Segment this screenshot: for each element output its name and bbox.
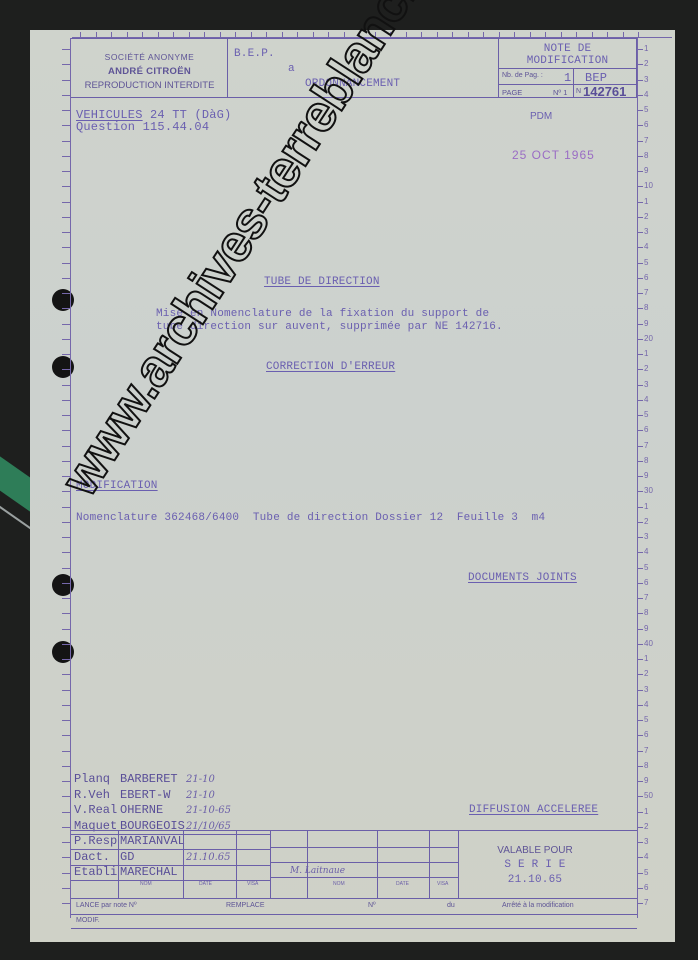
- ruler-tick: [637, 141, 643, 142]
- footer-du: du: [447, 902, 455, 909]
- ruler-tick: [637, 659, 643, 660]
- ruler-tick: [62, 522, 70, 523]
- ruler-tick: [62, 735, 70, 736]
- ruler-tick: [62, 415, 70, 416]
- ruler-tick: [638, 32, 639, 37]
- ruler-tick: [189, 32, 190, 37]
- ruler-tick: [637, 385, 643, 386]
- ruler-number: 4: [644, 852, 648, 861]
- ruler-tick: [127, 32, 128, 37]
- ruler-tick: [637, 171, 643, 172]
- ruler-number: 9: [644, 166, 648, 175]
- ruler-number: 1: [644, 502, 648, 511]
- validity-line2: S E R I E: [460, 859, 610, 871]
- ruler-tick: [62, 827, 70, 828]
- col-nom-2: NOM: [333, 881, 345, 887]
- ruler-tick: [514, 32, 515, 37]
- ruler-tick: [637, 522, 643, 523]
- ruler-tick: [637, 110, 643, 111]
- company-line3: REPRODUCTION INTERDITE: [71, 80, 228, 91]
- ruler-number: 6: [644, 120, 648, 129]
- ruler-tick: [62, 141, 70, 142]
- signature-name: EBERT-W: [120, 788, 186, 802]
- handwritten-name: M. Laitnaue: [290, 866, 345, 876]
- ruler-tick: [637, 95, 643, 96]
- signature-row: R.VehEBERT-W21-10: [74, 788, 215, 802]
- pdm-label: PDM: [530, 111, 552, 122]
- ruler-tick: [637, 812, 643, 813]
- ruler-tick: [637, 613, 643, 614]
- ruler-number: 6: [644, 730, 648, 739]
- col-visa-2: VISA: [437, 881, 448, 887]
- ruler-tick: [637, 64, 643, 65]
- ruler-tick: [313, 32, 314, 37]
- signature-name: GD: [120, 850, 186, 864]
- modification-detail: Nomenclature 362468/6400 Tube de directi…: [76, 512, 545, 524]
- ruler-tick: [80, 32, 81, 37]
- ruler-number: 5: [644, 105, 648, 114]
- ruler-tick: [204, 32, 205, 37]
- signature-role: Etabli: [74, 865, 120, 879]
- ruler-tick: [62, 842, 70, 843]
- col-date-2: DATE: [396, 881, 409, 887]
- ruler-tick: [637, 369, 643, 370]
- ruler-tick: [62, 369, 70, 370]
- ruler-number: 2: [644, 517, 648, 526]
- ruler-number: 6: [644, 883, 648, 892]
- ruler-tick: [637, 796, 643, 797]
- ruler-tick: [637, 430, 643, 431]
- ruler-tick: [142, 32, 143, 37]
- ruler-number: 50: [644, 791, 653, 800]
- ruler-number: 4: [644, 90, 648, 99]
- signature-date: 21-10: [186, 774, 215, 785]
- signature-role: P.Resp: [74, 834, 120, 848]
- ruler-number: 5: [644, 563, 648, 572]
- ruler-number: 3: [644, 75, 648, 84]
- ruler-tick: [637, 461, 643, 462]
- ruler-tick: [96, 32, 97, 37]
- ruler-tick: [637, 202, 643, 203]
- ruler-tick: [62, 217, 70, 218]
- ruler-number: 1: [644, 349, 648, 358]
- ruler-tick: [421, 32, 422, 37]
- ruler-tick: [576, 32, 577, 37]
- ruler-tick: [62, 247, 70, 248]
- ruler-tick: [530, 32, 531, 37]
- ruler-number: 7: [644, 593, 648, 602]
- ruler-tick: [251, 32, 252, 37]
- ruler-tick: [637, 598, 643, 599]
- signature-role: Dact.: [74, 850, 120, 864]
- ruler-number: 2: [644, 364, 648, 373]
- ruler-number: 7: [644, 441, 648, 450]
- ruler-tick: [637, 156, 643, 157]
- ruler-tick: [637, 537, 643, 538]
- ruler-tick: [452, 32, 453, 37]
- ruler-tick: [62, 49, 70, 50]
- doc-type-line2: MODIFICATION: [498, 55, 637, 67]
- ruler-number: 7: [644, 898, 648, 907]
- ruler-tick: [282, 32, 283, 37]
- ruler-tick: [62, 125, 70, 126]
- ruler-tick: [637, 247, 643, 248]
- signature-row: V.RealOHERNE21-10-65: [74, 803, 231, 817]
- ruler-number: 20: [644, 334, 653, 343]
- ruler-number: 9: [644, 624, 648, 633]
- ruler-tick: [62, 873, 70, 874]
- ruler-tick: [637, 217, 643, 218]
- ruler-tick: [62, 491, 70, 492]
- ruler-number: 10: [644, 181, 653, 190]
- ruler-number: 5: [644, 410, 648, 419]
- ruler-number: 5: [644, 258, 648, 267]
- diffusion-label: DIFFUSION ACCELEREE: [469, 804, 598, 816]
- ruler-number: 1: [644, 807, 648, 816]
- ruler-number: 3: [644, 380, 648, 389]
- validity-line1: VALABLE POUR: [460, 845, 610, 856]
- ruler-tick: [62, 629, 70, 630]
- col-nom: NOM: [140, 881, 152, 887]
- ruler-tick: [62, 339, 70, 340]
- ruler-tick: [637, 903, 643, 904]
- validity-date: 21.10.65: [460, 874, 610, 886]
- ruler-tick: [62, 812, 70, 813]
- ruler-tick: [62, 644, 70, 645]
- ruler-tick: [62, 186, 70, 187]
- ruler-tick: [62, 613, 70, 614]
- nb-pages-value: 1: [564, 71, 571, 85]
- ruler-tick: [62, 659, 70, 660]
- signature-date: 21.10.65: [186, 852, 231, 863]
- ruler-tick: [62, 110, 70, 111]
- ruler-number: 8: [644, 151, 648, 160]
- ruler-tick: [62, 64, 70, 65]
- ruler-number: 3: [644, 685, 648, 694]
- correction-note: CORRECTION D'ERREUR: [266, 361, 395, 373]
- ruler-tick: [483, 32, 484, 37]
- ruler-tick: [62, 674, 70, 675]
- company-line1: SOCIÉTÉ ANONYME: [71, 52, 228, 62]
- ruler-tick: [62, 781, 70, 782]
- right-ruler: [637, 38, 638, 918]
- ruler-number: 9: [644, 319, 648, 328]
- ruler-tick: [62, 263, 70, 264]
- ruler-tick: [637, 308, 643, 309]
- ruler-number: 6: [644, 425, 648, 434]
- doc-type-line1: NOTE DE: [498, 43, 637, 55]
- documents-joints: DOCUMENTS JOINTS: [468, 572, 577, 584]
- ruler-tick: [637, 857, 643, 858]
- ruler-tick: [173, 32, 174, 37]
- signature-row: EtabliMARECHAL: [74, 865, 186, 879]
- signature-date: 21-10-65: [186, 805, 231, 816]
- ruler-tick: [62, 598, 70, 599]
- col-date: DATE: [199, 881, 212, 887]
- ruler-tick: [62, 232, 70, 233]
- signature-name: MARECHAL: [120, 865, 186, 879]
- ruler-number: 3: [644, 532, 648, 541]
- ruler-tick: [637, 354, 643, 355]
- note-number: 142761: [583, 84, 626, 99]
- ruler-tick: [62, 308, 70, 309]
- ruler-tick: [62, 95, 70, 96]
- ruler-tick: [637, 49, 643, 50]
- ruler-tick: [62, 690, 70, 691]
- title: TUBE DE DIRECTION: [264, 276, 380, 288]
- ruler-tick: [62, 278, 70, 279]
- ruler-tick: [637, 705, 643, 706]
- ruler-tick: [235, 32, 236, 37]
- signature-row: P.RespMARIANVAL: [74, 834, 186, 848]
- ruler-number: 30: [644, 486, 653, 495]
- ruler-tick: [62, 568, 70, 569]
- ruler-number: 8: [644, 761, 648, 770]
- ruler-number: 4: [644, 700, 648, 709]
- ruler-tick: [297, 32, 298, 37]
- ruler-tick: [111, 32, 112, 37]
- ruler-tick: [328, 32, 329, 37]
- ruler-number: 8: [644, 303, 648, 312]
- date-stamp: 25 OCT 1965: [512, 148, 595, 162]
- ruler-number: 2: [644, 822, 648, 831]
- ruler-tick: [62, 903, 70, 904]
- signature-role: R.Veh: [74, 788, 120, 802]
- ruler-tick: [220, 32, 221, 37]
- ruler-number: 8: [644, 608, 648, 617]
- footer-lance: LANCE par note Nº: [76, 902, 137, 909]
- ruler-tick: [637, 644, 643, 645]
- ruler-tick: [623, 32, 624, 37]
- nb-pages-label: Nb. de Pag. :: [502, 72, 543, 79]
- question-number: Question 115.44.04: [76, 120, 209, 134]
- ruler-number: 2: [644, 59, 648, 68]
- ruler-tick: [637, 583, 643, 584]
- ruler-tick: [62, 583, 70, 584]
- ruler-tick: [637, 400, 643, 401]
- ruler-number: 3: [644, 837, 648, 846]
- ruler-number: 6: [644, 578, 648, 587]
- ruler-number: 4: [644, 395, 648, 404]
- ruler-number: 9: [644, 776, 648, 785]
- ruler-tick: [637, 552, 643, 553]
- ruler-number: 2: [644, 669, 648, 678]
- ruler-tick: [62, 796, 70, 797]
- ruler-tick: [637, 476, 643, 477]
- ruler-number: 7: [644, 288, 648, 297]
- ruler-tick: [637, 186, 643, 187]
- ruler-tick: [637, 446, 643, 447]
- ruler-tick: [607, 32, 608, 37]
- ruler-number: 8: [644, 456, 648, 465]
- ruler-tick: [62, 552, 70, 553]
- ruler-tick: [637, 568, 643, 569]
- ruler-number: 5: [644, 868, 648, 877]
- ruler-tick: [637, 781, 643, 782]
- ruler-tick: [637, 690, 643, 691]
- ruler-tick: [637, 888, 643, 889]
- note-no-prefix: N: [576, 88, 581, 95]
- ruler-tick: [637, 324, 643, 325]
- ruler-number: 4: [644, 547, 648, 556]
- footer-no: Nº: [368, 902, 376, 909]
- ruler-number: 4: [644, 242, 648, 251]
- ruler-tick: [62, 537, 70, 538]
- footer-remplace: REMPLACE: [226, 902, 265, 909]
- ruler-tick: [62, 430, 70, 431]
- ruler-tick: [637, 507, 643, 508]
- signature-name: BARBERET: [120, 772, 186, 786]
- ruler-number: 1: [644, 44, 648, 53]
- ruler-tick: [437, 32, 438, 37]
- ruler-tick: [468, 32, 469, 37]
- ruler-tick: [158, 32, 159, 37]
- ruler-tick: [637, 827, 643, 828]
- ruler-tick: [499, 32, 500, 37]
- ruler-number: 9: [644, 471, 648, 480]
- ruler-number: 6: [644, 273, 648, 282]
- ruler-tick: [637, 278, 643, 279]
- company-name: ANDRÉ CITROËN: [71, 66, 228, 77]
- signature-name: OHERNE: [120, 803, 186, 817]
- col-visa: VISA: [247, 881, 258, 887]
- ruler-tick: [62, 766, 70, 767]
- signature-row: Dact.GD21.10.65: [74, 850, 231, 864]
- signature-role: V.Real: [74, 803, 120, 817]
- dept-code: BEP: [585, 71, 607, 85]
- ruler-tick: [637, 735, 643, 736]
- ruler-tick: [637, 293, 643, 294]
- ruler-tick: [62, 888, 70, 889]
- signature-row: PlanqBARBERET21-10: [74, 772, 215, 786]
- ruler-tick: [637, 339, 643, 340]
- signature-name: MARIANVAL: [120, 834, 186, 848]
- ruler-tick: [637, 125, 643, 126]
- signature-date: 21-10: [186, 790, 215, 801]
- ruler-tick: [637, 415, 643, 416]
- ruler-number: 2: [644, 212, 648, 221]
- ruler-number: 40: [644, 639, 653, 648]
- ruler-tick: [62, 156, 70, 157]
- footer-modif: MODIF.: [76, 917, 100, 924]
- ruler-tick: [637, 751, 643, 752]
- ruler-tick: [62, 80, 70, 81]
- ruler-tick: [62, 720, 70, 721]
- ruler-tick: [62, 705, 70, 706]
- ruler-tick: [62, 202, 70, 203]
- ruler-tick: [637, 766, 643, 767]
- ruler-tick: [62, 400, 70, 401]
- footer-arrete: Arrêté à la modification: [502, 902, 574, 909]
- ruler-number: 5: [644, 715, 648, 724]
- ruler-tick: [592, 32, 593, 37]
- ruler-tick: [637, 80, 643, 81]
- ruler-tick: [637, 629, 643, 630]
- ruler-tick: [637, 232, 643, 233]
- ruler-tick: [62, 751, 70, 752]
- ruler-tick: [637, 720, 643, 721]
- from-dept: B.E.P.: [234, 48, 275, 60]
- ruler-tick: [62, 171, 70, 172]
- page-label: PAGE: [502, 88, 522, 97]
- ruler-tick: [266, 32, 267, 37]
- ruler-number: 7: [644, 136, 648, 145]
- ruler-tick: [637, 674, 643, 675]
- signature-role: Planq: [74, 772, 120, 786]
- ruler-tick: [62, 507, 70, 508]
- routing-a: a: [288, 63, 295, 75]
- ruler-number: 3: [644, 227, 648, 236]
- ruler-tick: [62, 324, 70, 325]
- ruler-tick: [62, 293, 70, 294]
- ruler-tick: [637, 873, 643, 874]
- ruler-number: 1: [644, 197, 648, 206]
- ruler-tick: [637, 842, 643, 843]
- ruler-tick: [545, 32, 546, 37]
- ruler-number: 7: [644, 746, 648, 755]
- page-no-label: Nº 1: [553, 88, 567, 97]
- ruler-tick: [561, 32, 562, 37]
- ruler-tick: [637, 491, 643, 492]
- ruler-tick: [62, 857, 70, 858]
- ruler-tick: [62, 354, 70, 355]
- ruler-tick: [637, 263, 643, 264]
- ruler-number: 1: [644, 654, 648, 663]
- ruler-tick: [62, 385, 70, 386]
